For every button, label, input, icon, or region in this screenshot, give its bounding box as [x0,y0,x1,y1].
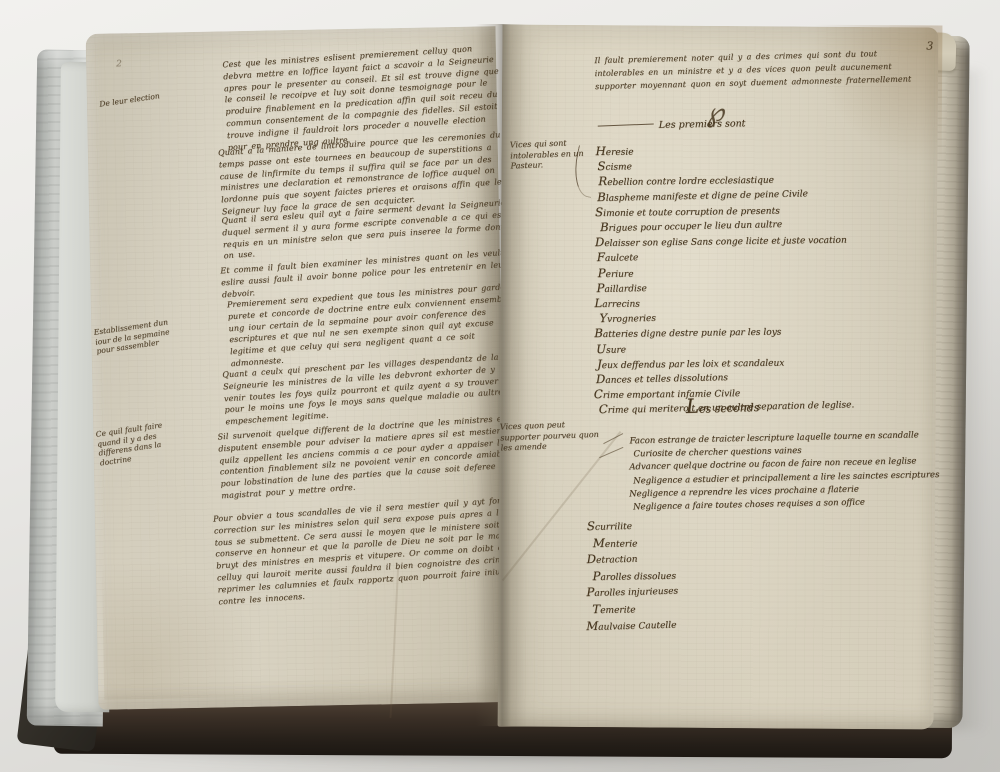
manuscript-paragraph: Pour obvier a tous scandalles de vie il … [213,493,536,608]
list-item: Scurrilite [587,517,679,536]
heading-flourish-dash [598,124,654,127]
list-item: Detraction [586,550,678,569]
section2-heading: Les seconds [685,393,759,418]
left-folio-mark: 2 [116,59,122,69]
list-item: Parolles injurieuses [586,583,678,602]
list-item: Maulvaise Cautelle [586,616,678,635]
margin-note-supportable-vices: Vices quon peut supporter pourveu quon l… [500,419,607,454]
manuscript-photo: 2 De leur election Establissement dun io… [0,0,1000,772]
margin-note-assembly-day: Establissement dun iour de la sepmaine p… [93,316,178,356]
left-page: 2 De leur election Establissement dun io… [86,26,509,710]
right-page: 3 Il fault premierement noter quil y a d… [498,24,939,729]
margin-note-election: De leur election [99,90,170,109]
section1-heading-label: Les premiers sont [659,118,746,131]
supportable-vices-list-long: Facon estrange de traicter lescripture l… [629,435,940,516]
intro-paragraph: Il fault premierement noter quil y a des… [594,47,929,94]
section1-heading: Les premiers sont [598,118,746,132]
supportable-vices-list-short: Scurrilite Menterie Detraction Parolles … [586,519,678,636]
intolerable-vices-list: Heresie Scisme Rebellion contre lordre e… [594,145,854,420]
margin-note-doctrine-differences: Ce quil fault faire quand il y a des dif… [95,419,180,468]
